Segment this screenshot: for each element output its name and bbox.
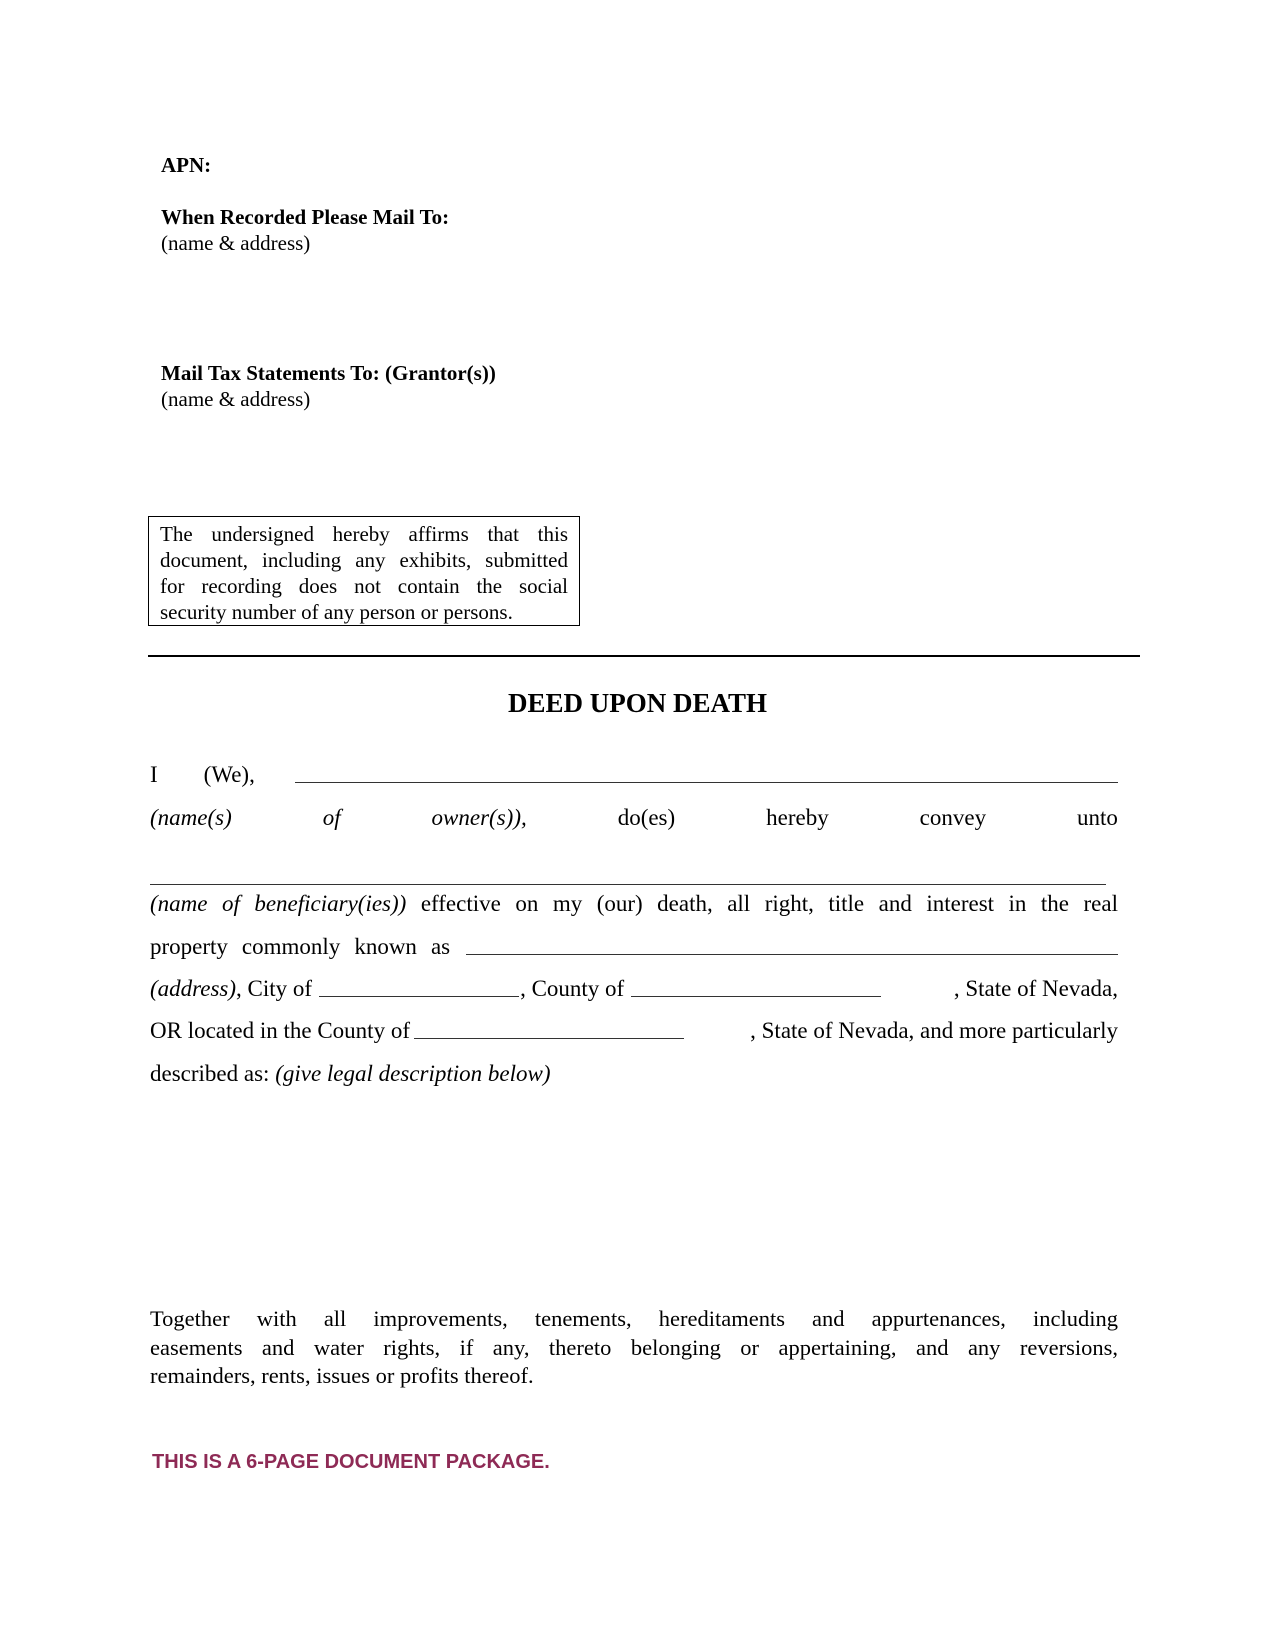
word: (our) bbox=[597, 889, 643, 919]
pronoun-we: (We), bbox=[204, 760, 255, 790]
owner-name-field[interactable] bbox=[295, 760, 1118, 783]
state-label: , State of Nevada, bbox=[882, 974, 1118, 1004]
section-divider bbox=[148, 655, 1140, 657]
word: of bbox=[323, 803, 341, 833]
pronoun-i: I bbox=[150, 760, 158, 790]
apn-label: APN: bbox=[161, 152, 211, 178]
word: interest bbox=[926, 889, 994, 919]
legal-description-hint: (give legal description below) bbox=[275, 1061, 550, 1086]
appurtenances-paragraph: Together with all improvements, tenement… bbox=[150, 1305, 1118, 1391]
alt-county-row: OR located in the County of , State of N… bbox=[150, 1016, 1118, 1046]
word: owner(s)), bbox=[432, 803, 527, 833]
word: (name bbox=[150, 889, 207, 919]
word: of bbox=[222, 889, 240, 919]
city-field[interactable] bbox=[319, 974, 519, 997]
word: commonly bbox=[242, 932, 340, 962]
package-notice: THIS IS A 6-PAGE DOCUMENT PACKAGE. bbox=[152, 1450, 550, 1474]
city-label: , City of bbox=[236, 974, 312, 1004]
address-row: (address) , City of , County of , State … bbox=[150, 974, 1118, 1004]
word: beneficiary(ies)) bbox=[254, 889, 406, 919]
convey-row: (name(s)ofowner(s)),do(es)herebyconveyun… bbox=[150, 803, 1118, 833]
word: right, bbox=[765, 889, 814, 919]
word: (name(s) bbox=[150, 803, 232, 833]
alt-county-label: OR located in the County of bbox=[150, 1016, 410, 1046]
county-label: , County of bbox=[520, 974, 624, 1004]
effective-row: (nameofbeneficiary(ies))effectiveonmy(ou… bbox=[150, 889, 1118, 919]
affirmation-line: security number of any person or persons… bbox=[160, 599, 568, 625]
tax-statements-heading: Mail Tax Statements To: (Grantor(s)) bbox=[161, 360, 496, 386]
word: on bbox=[515, 889, 538, 919]
state-tail: , State of Nevada, and more particularly bbox=[684, 1016, 1118, 1046]
mail-to-heading: When Recorded Please Mail To: bbox=[161, 204, 449, 230]
alt-county-field[interactable] bbox=[414, 1016, 684, 1039]
paragraph-line: remainders, rents, issues or profits the… bbox=[150, 1362, 1118, 1391]
county-field[interactable] bbox=[631, 974, 881, 997]
beneficiary-name-field[interactable] bbox=[150, 862, 1106, 885]
mail-to-subtitle: (name & address) bbox=[161, 230, 310, 256]
word: title bbox=[828, 889, 864, 919]
word: as bbox=[431, 932, 450, 962]
legal-description-row: described as: (give legal description be… bbox=[150, 1059, 1118, 1089]
address-hint: (address) bbox=[150, 974, 236, 1004]
property-address-field[interactable] bbox=[466, 932, 1118, 955]
paragraph-line: Together with all improvements, tenement… bbox=[150, 1305, 1118, 1334]
word: in bbox=[1009, 889, 1027, 919]
word: property bbox=[150, 932, 228, 962]
tax-statements-subtitle: (name & address) bbox=[161, 386, 310, 412]
affirmation-line: The undersigned hereby affirms that this bbox=[160, 521, 568, 547]
word: do(es) bbox=[618, 803, 675, 833]
word: the bbox=[1041, 889, 1069, 919]
word: and bbox=[879, 889, 912, 919]
affirmation-line: document, including any exhibits, submit… bbox=[160, 547, 568, 573]
word: effective bbox=[421, 889, 501, 919]
word: convey bbox=[920, 803, 986, 833]
word: death, bbox=[657, 889, 713, 919]
property-row: property commonly known as bbox=[150, 932, 1118, 962]
ssn-affirmation-box: The undersigned hereby affirms that this… bbox=[148, 516, 580, 626]
word: unto bbox=[1077, 803, 1118, 833]
owner-row: I (We), bbox=[150, 760, 1118, 790]
word: known bbox=[354, 932, 417, 962]
word: my bbox=[553, 889, 582, 919]
word: all bbox=[727, 889, 750, 919]
affirmation-line: for recording does not contain the socia… bbox=[160, 573, 568, 599]
word: real bbox=[1084, 889, 1118, 919]
described-as-label: described as: bbox=[150, 1061, 275, 1086]
paragraph-line: easements and water rights, if any, ther… bbox=[150, 1334, 1118, 1363]
document-title: DEED UPON DEATH bbox=[0, 686, 1275, 720]
word: hereby bbox=[766, 803, 829, 833]
